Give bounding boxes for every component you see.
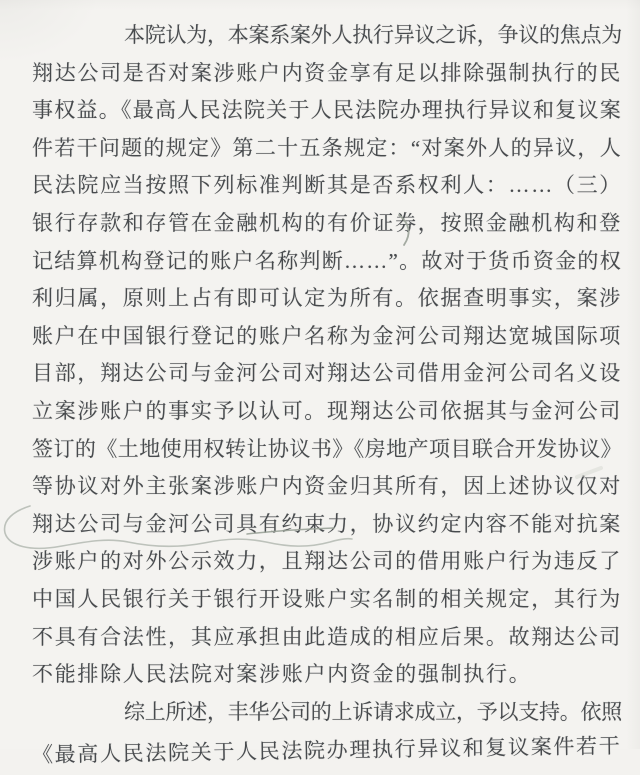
text-line-content: 翔达公司是否对案涉账户内资金享有足以排除强制执行的民	[32, 55, 622, 93]
text-line-content: 事权益。《最高人民法院关于人民法院办理执行异议和复议案	[32, 92, 622, 130]
text-line-4: 件若干问题的规定》第二十五条规定：“对案外人的异议，人	[32, 130, 624, 168]
text-line-13: 等协议对外主张案涉账户内资金归其所有，因上述协议仅对	[32, 468, 624, 506]
text-line-16: 中国人民银行关于银行开设账户实名制的相关规定，其行为	[32, 581, 624, 619]
text-line-content: 涉账户的对外公示效力，且翔达公司的借用账户行为违反了	[32, 543, 622, 581]
text-line-content: 等协议对外主张案涉账户内资金归其所有，因上述协议仅对	[32, 468, 622, 506]
text-line-9: 账户在中国银行登记的账户名称为金河公司翔达宽城国际项	[32, 318, 624, 356]
text-line-2: 翔达公司是否对案涉账户内资金享有足以排除强制执行的民	[32, 55, 624, 93]
scanned-page: 本院认为，本案系案外人执行异议之诉，争议的焦点为翔达公司是否对案涉账户内资金享有…	[0, 0, 640, 749]
text-line-content: 综上所述，丰华公司的上诉请求成立，予以支持。依照	[78, 694, 622, 732]
text-line-5: 民法院应当按照下列标准判断其是否系权利人：……（三）	[32, 167, 624, 205]
text-line-12: 签订的《土地使用权转让协议书》《房地产项目联合开发协议》	[32, 431, 624, 469]
text-line-content: 本院认为，本案系案外人执行异议之诉，争议的焦点为	[78, 17, 622, 55]
text-line-18: 不能排除人民法院对案涉账户内资金的强制执行。	[32, 656, 624, 694]
text-line-content: 民法院应当按照下列标准判断其是否系权利人：……（三）	[32, 167, 622, 205]
text-line-7: 记结算机构登记的账户名称判断……”。故对于货币资金的权	[32, 243, 624, 281]
text-line-14: 翔达公司与金河公司具有约束力，协议约定内容不能对抗案	[32, 506, 624, 544]
text-line-content: 银行存款和存管在金融机构的有价证券，按照金融机构和登	[32, 205, 622, 243]
text-line-content: 目部，翔达公司与金河公司对翔达公司借用金河公司名义设	[32, 355, 622, 393]
text-line-content: 中国人民银行关于银行开设账户实名制的相关规定，其行为	[32, 581, 622, 619]
text-line-8: 利归属，原则上占有即可认定为所有。依据查明事实，案涉	[32, 280, 624, 318]
text-line-content: 立案涉账户的事实予以认可。现翔达公司依据其与金河公司	[32, 393, 622, 431]
text-line-content: 记结算机构登记的账户名称判断……”。故对于货币资金的权	[32, 243, 622, 281]
text-line-content: 不具有合法性，其应承担由此造成的相应后果。故翔达公司	[32, 619, 622, 657]
text-line-content: 账户在中国银行登记的账户名称为金河公司翔达宽城国际项	[32, 318, 622, 356]
text-line-6: 银行存款和存管在金融机构的有价证券，按照金融机构和登	[32, 205, 624, 243]
text-line-3: 事权益。《最高人民法院关于人民法院办理执行异议和复议案	[32, 92, 624, 130]
text-line-content: 翔达公司与金河公司具有约束力，协议约定内容不能对抗案	[32, 506, 622, 544]
text-line-content: 利归属，原则上占有即可认定为所有。依据查明事实，案涉	[32, 280, 622, 318]
text-line-17: 不具有合法性，其应承担由此造成的相应后果。故翔达公司	[32, 619, 624, 657]
text-line-15: 涉账户的对外公示效力，且翔达公司的借用账户行为违反了	[32, 543, 624, 581]
text-line-content: 不能排除人民法院对案涉账户内资金的强制执行。	[32, 656, 531, 694]
text-line-10: 目部，翔达公司与金河公司对翔达公司借用金河公司名义设	[32, 355, 624, 393]
judgment-text: 本院认为，本案系案外人执行异议之诉，争议的焦点为翔达公司是否对案涉账户内资金享有…	[32, 17, 624, 749]
text-line-content: 签订的《土地使用权转让协议书》《房地产项目联合开发协议》	[32, 431, 622, 469]
text-line-11: 立案涉账户的事实予以认可。现翔达公司依据其与金河公司	[32, 393, 624, 431]
text-line-content: 件若干问题的规定》第二十五条规定：“对案外人的异议，人	[32, 130, 622, 168]
text-line-1: 本院认为，本案系案外人执行异议之诉，争议的焦点为	[32, 17, 624, 55]
text-line-19: 综上所述，丰华公司的上诉请求成立，予以支持。依照	[32, 694, 624, 732]
